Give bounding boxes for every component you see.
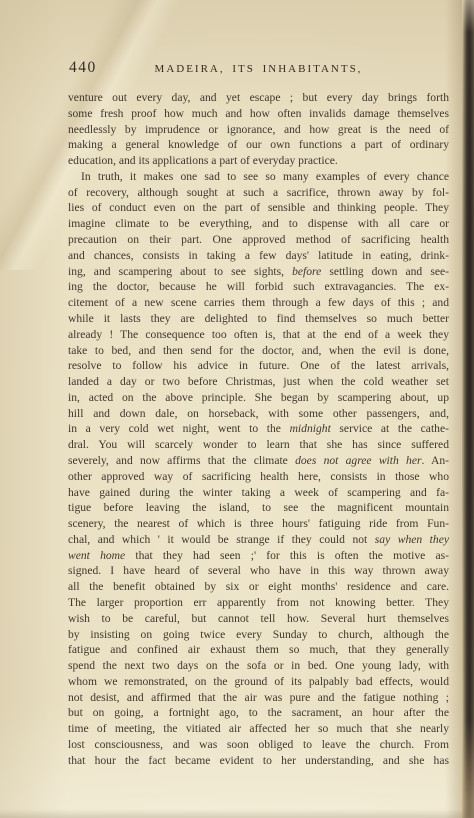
text-line: The larger proportion err apparently fro… [68,595,449,611]
text-line: in, acted on the above principle. She be… [68,390,449,406]
text-line: ing, and scampering about to see sights,… [68,264,449,280]
text-line: spend the next two days on the sofa or i… [68,658,449,674]
text-line: time of meeting, the vitiated air affect… [68,721,449,737]
text-line: landed a day or two before Christmas, ju… [68,374,449,390]
text-line: some fresh proof how much and how often … [68,106,449,122]
text-line: not desist, and affirmed that the air wa… [68,690,449,706]
text-line: wish to be careful, but cannot tell how.… [68,611,449,627]
book-page-scan: 440 MADEIRA, ITS INHABITANTS, venture ou… [0,0,474,818]
text-line: resolve to follow his advice in future. … [68,358,449,374]
text-line: and chances, consists in taking a few da… [68,248,449,264]
text-line: severely, and now affirms that the clima… [68,453,449,469]
book-edge-tone [462,0,474,818]
text-line: ing the doctor, because he will forbid s… [68,279,449,295]
text-line: already ! The consequence too often is, … [68,327,449,343]
text-line: of recovery, although sought at such a s… [68,185,449,201]
text-line: all the benefit obtained by six or eight… [68,579,449,595]
text-line: while it lasts they are delighted to fin… [68,311,449,327]
text-line: lost consciousness, and was soon obliged… [68,737,449,753]
bottom-edge-shadow [0,809,474,818]
page-body: venture out every day, and yet escape ; … [68,90,449,769]
running-head: 440 MADEIRA, ITS INHABITANTS, [68,59,449,81]
page-edge-shadow [445,0,463,818]
text-line: signed. I have heard of several who have… [68,563,449,579]
text-line: fatigue and confined air exhaust them so… [68,642,449,658]
text-line: hill and down dale, on horseback, with s… [68,406,449,422]
text-line: citement of a new scene carries them thr… [68,295,449,311]
text-line: venture out every day, and yet escape ; … [68,90,449,106]
text-line: whom we remonstrated, on the ground of i… [68,674,449,690]
text-line: In truth, it makes one sad to see so man… [68,169,449,185]
text-line: needlessly by imprudence or ignorance, a… [68,122,449,138]
running-title: MADEIRA, ITS INHABITANTS, [68,63,449,75]
text-line: in a very cold wet night, went to the mi… [68,421,449,437]
text-line: imagine climate to be everything, and to… [68,216,449,232]
text-line: but on going, a fortnight ago, to the sa… [68,705,449,721]
text-line: making a general knowledge of our own fu… [68,137,449,153]
text-line: dral. You will scarcely wonder to learn … [68,437,449,453]
text-line: education, and its applications a part o… [68,153,449,169]
text-line: chal, and which ' it would be strange if… [68,532,449,548]
text-line: tigue before leaving the island, to see … [68,500,449,516]
text-line: take to bed, and then send for the docto… [68,343,449,359]
text-line: have gained during the winter taking a w… [68,485,449,501]
text-line: by insisting on going twice every Sunday… [68,627,449,643]
text-line: went home that they had seen ;' for this… [68,548,449,564]
text-line: lies of conduct even on the part of sens… [68,200,449,216]
text-line: that hour the fact became evident to her… [68,753,449,769]
text-line: other approved way of sacrificing health… [68,469,449,485]
text-line: scenery, the nearest of which is three h… [68,516,449,532]
text-line: precaution on their part. One approved m… [68,232,449,248]
